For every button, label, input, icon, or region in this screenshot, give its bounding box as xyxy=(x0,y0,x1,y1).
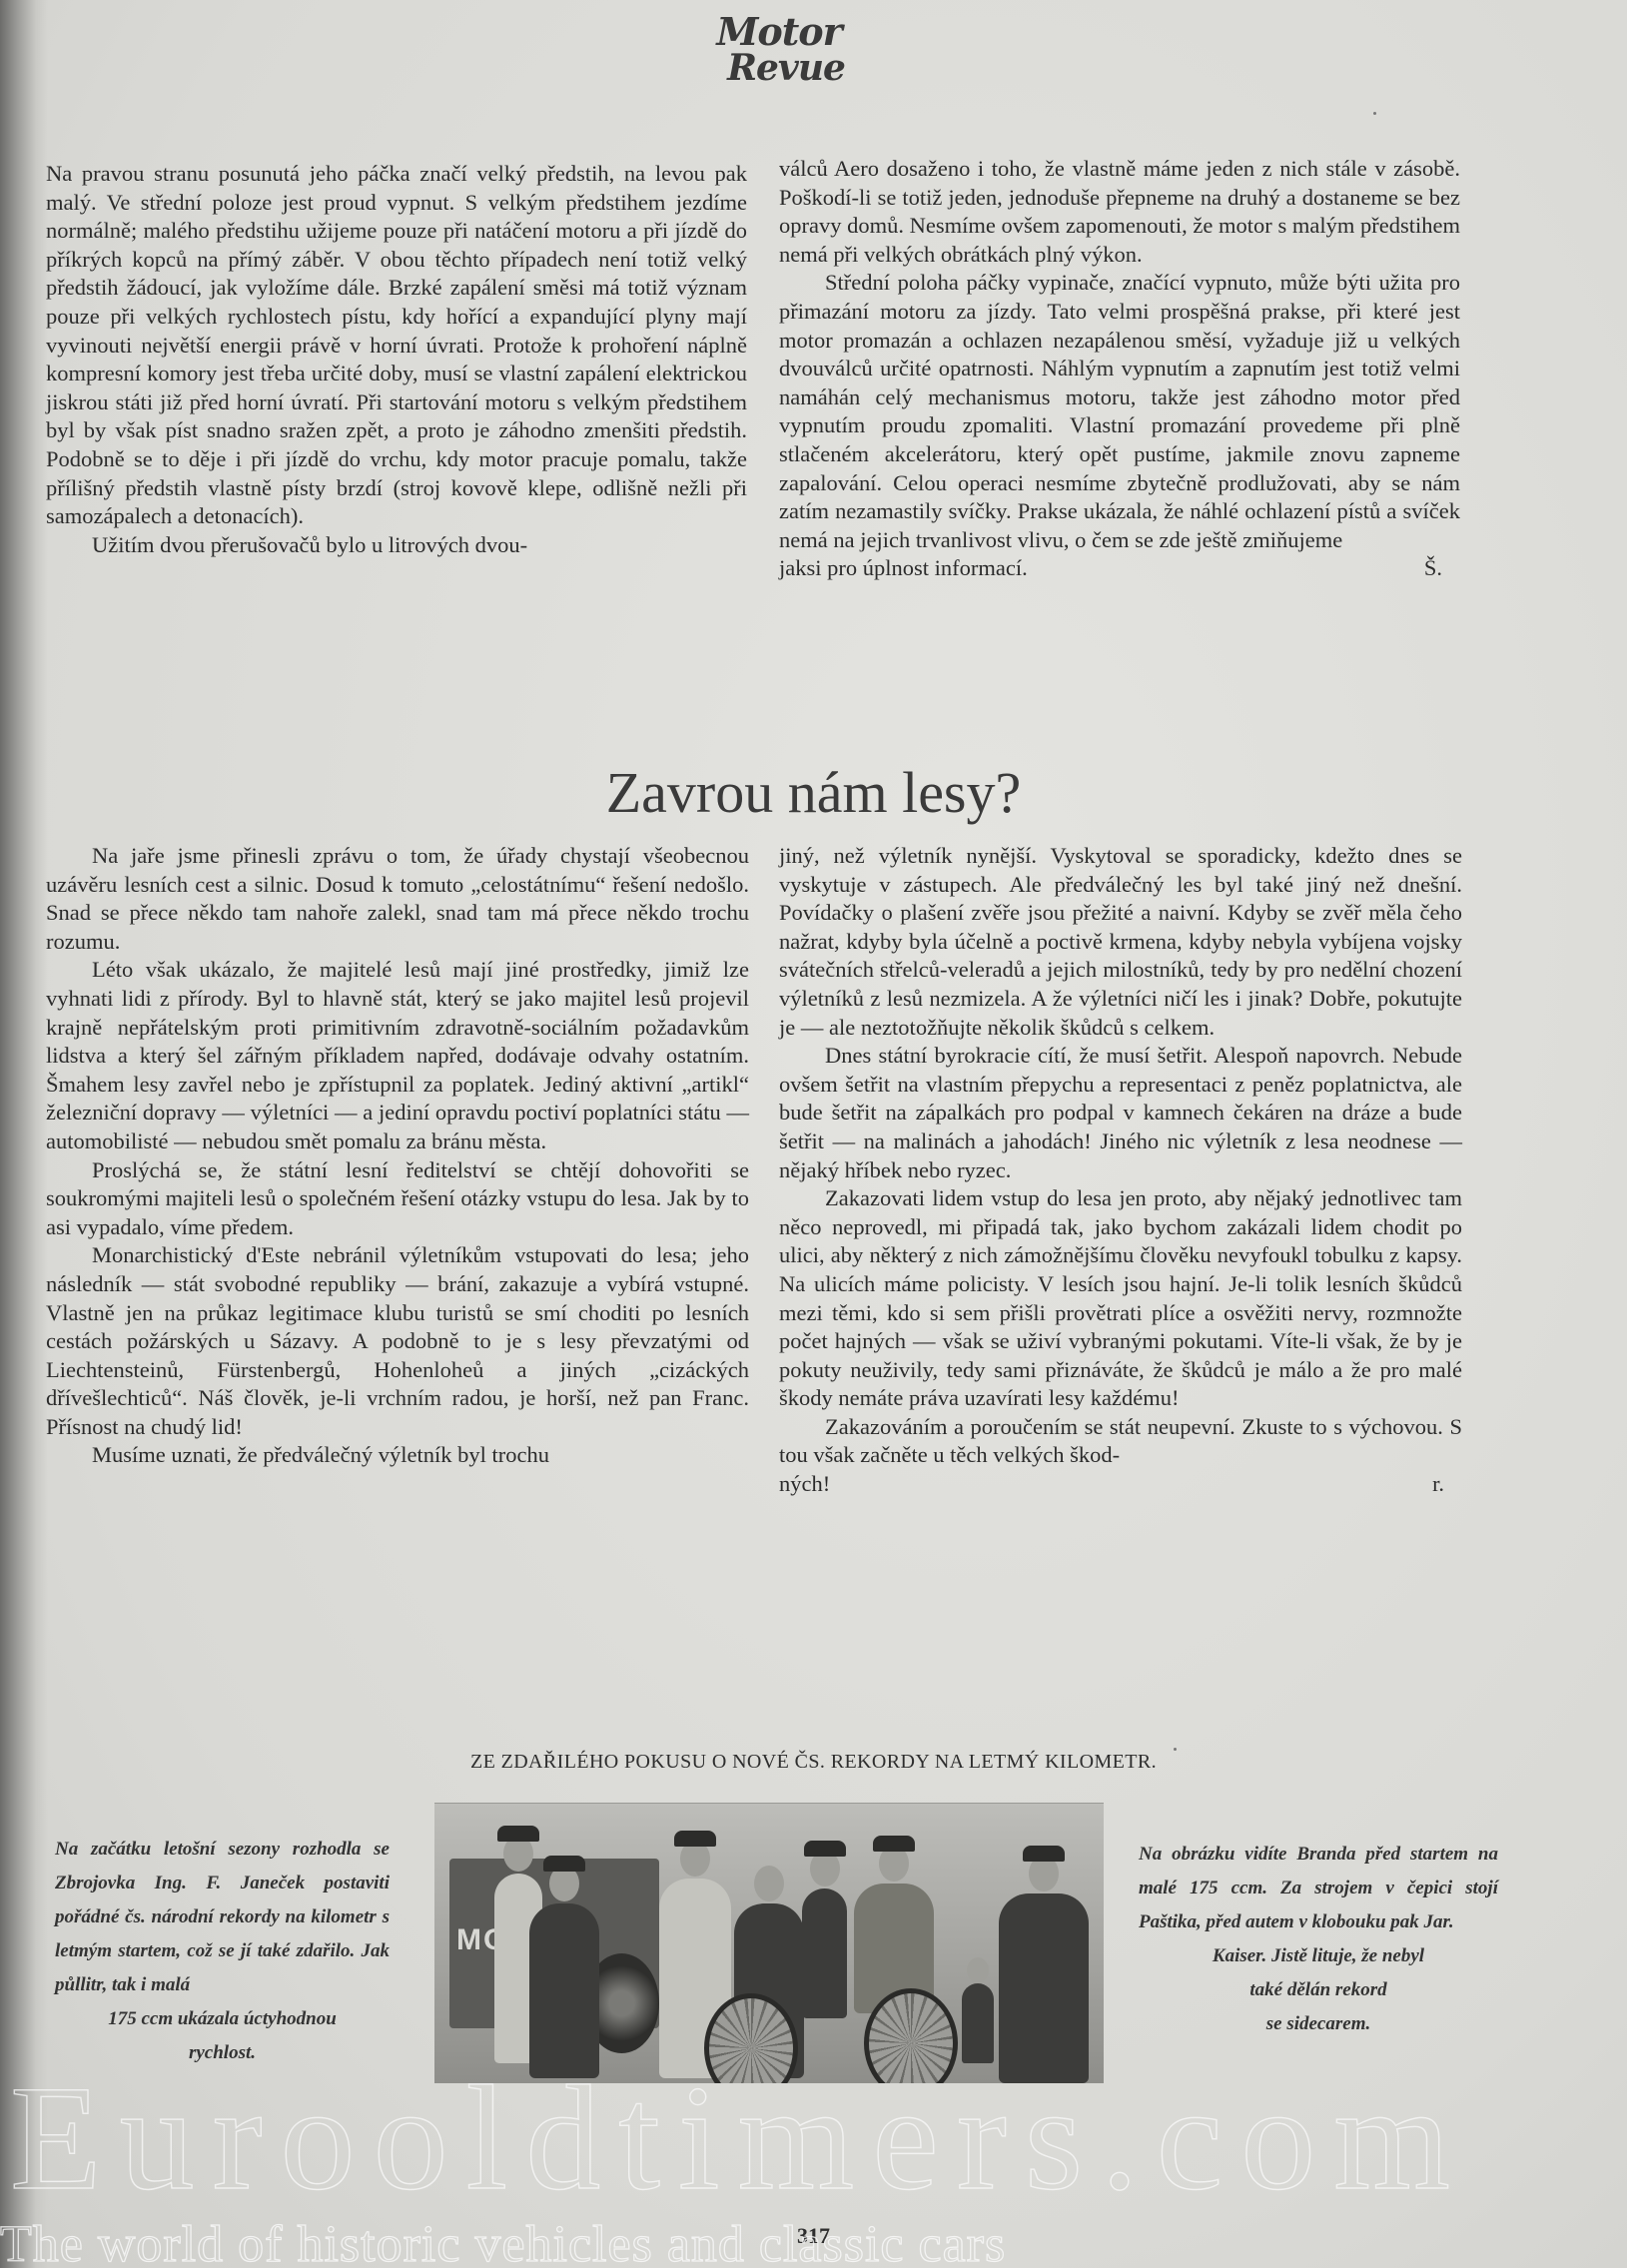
paper-speck xyxy=(1174,1748,1177,1751)
closing-line: ných! r. xyxy=(779,1470,1462,1499)
article-left-column: Na jaře jsme přinesli zprávu o tom, že ú… xyxy=(46,842,749,1470)
paragraph: Proslýchá se, že státní lesní ředitelstv… xyxy=(46,1156,749,1242)
paragraph: Zakazováním a poroučením se stát neupevn… xyxy=(779,1413,1462,1470)
paragraph: Na pravou stranu posunutá jeho páčka zna… xyxy=(46,160,747,531)
person-figure xyxy=(802,1889,847,2018)
masthead-line-1: Motor xyxy=(689,14,869,50)
photo-feature-title: ZE ZDAŘILÉHO POKUSU O NOVÉ ČS. REKORDY N… xyxy=(0,1751,1627,1774)
caption-text: také dělán rekord xyxy=(1139,1973,1498,2007)
previous-article-left-column: Na pravou stranu posunutá jeho páčka zna… xyxy=(46,160,747,559)
paper-speck xyxy=(1373,112,1376,115)
paragraph: Užitím dvou přerušovačů bylo u litrových… xyxy=(46,531,747,560)
author-signature: Š. xyxy=(1424,554,1460,583)
photograph-record-attempt: MO AWA xyxy=(434,1803,1104,2083)
child-figure xyxy=(962,1983,994,2063)
paragraph: jiný, než výletník nynější. Vyskytoval s… xyxy=(779,842,1462,1042)
caption-text: Na začátku letošní sezony rozhodla se Zb… xyxy=(55,1839,390,1995)
masthead-logo: Motor Revue xyxy=(689,14,869,86)
paragraph: Léto však ukázalo, že majitelé lesů mají… xyxy=(46,956,749,1155)
watermark-site: Eurooldtimers.com xyxy=(10,2052,1468,2224)
photo-caption-right: Na obrázku vidíte Branda před startem na… xyxy=(1139,1838,1498,2041)
paragraph: Musíme uznati, že předválečný výletník b… xyxy=(46,1441,749,1470)
closing-text: ných! xyxy=(779,1470,830,1499)
masthead-line-2: Revue xyxy=(703,50,869,86)
author-signature: r. xyxy=(1432,1470,1462,1499)
binding-shadow xyxy=(0,0,48,2268)
paragraph: Střední poloha páčky vypinače, značící v… xyxy=(779,269,1460,554)
paragraph: Zakazovati lidem vstup do lesa jen proto… xyxy=(779,1184,1462,1413)
previous-article-right-column: válců Aero dosaženo i toho, že vlastně m… xyxy=(779,155,1460,583)
paragraph: Monarchistický d'Este nebránil výletníků… xyxy=(46,1241,749,1441)
photo-caption-left: Na začátku letošní sezony rozhodla se Zb… xyxy=(55,1833,390,2070)
watermark-tagline: The world of historic vehicles and class… xyxy=(0,2215,1006,2268)
article-right-column: jiný, než výletník nynější. Vyskytoval s… xyxy=(779,842,1462,1499)
caption-text: 175 ccm ukázala úctyhodnou xyxy=(55,2002,390,2036)
paragraph: válců Aero dosaženo i toho, že vlastně m… xyxy=(779,155,1460,269)
paragraph: Dnes státní byrokracie cítí, že musí šet… xyxy=(779,1042,1462,1184)
magazine-page: Motor Revue Na pravou stranu posunutá je… xyxy=(0,0,1627,2268)
caption-text: Kaiser. Jistě lituje, že nebyl xyxy=(1139,1939,1498,1973)
closing-text: jaksi pro úplnost informací. xyxy=(779,554,1028,583)
caption-text: se sidecarem. xyxy=(1139,2007,1498,2041)
caption-text: Na obrázku vidíte Branda před startem na… xyxy=(1139,1844,1498,1932)
article-headline: Zavrou nám lesy? xyxy=(0,759,1627,826)
paragraph: Na jaře jsme přinesli zprávu o tom, že ú… xyxy=(46,842,749,956)
closing-line: jaksi pro úplnost informací. Š. xyxy=(779,554,1460,583)
